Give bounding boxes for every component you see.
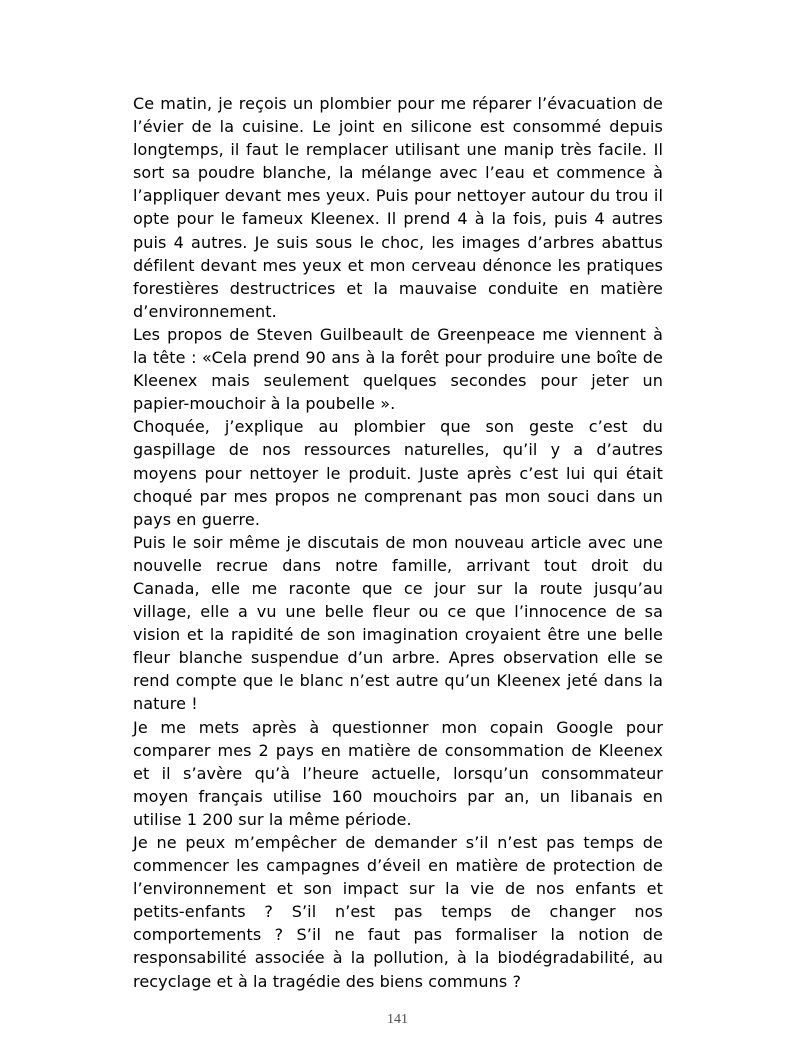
document-page: Ce matin, je reçois un plombier pour me … — [0, 0, 795, 1063]
page-number: 141 — [0, 1012, 795, 1028]
paragraph: Puis le soir même je discutais de mon no… — [133, 531, 663, 716]
paragraph: Ce matin, je reçois un plombier pour me … — [133, 92, 663, 323]
paragraph: Choquée, j’explique au plombier que son … — [133, 415, 663, 530]
paragraph: Je ne peux m’empêcher de demander s’il n… — [133, 831, 663, 993]
paragraph: Je me mets après à questionner mon copai… — [133, 716, 663, 831]
text-block: Ce matin, je reçois un plombier pour me … — [133, 92, 663, 993]
paragraph: Les propos de Steven Guilbeault de Green… — [133, 323, 663, 415]
